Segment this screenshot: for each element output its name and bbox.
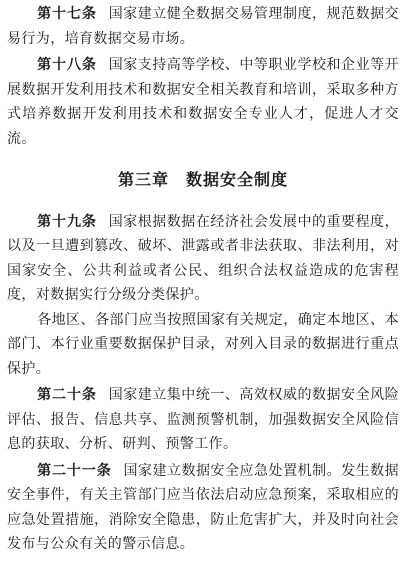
- paragraph-article-19-continuation: 各地区、各部门应当按照国家有关规定，确定本地区、本部门、本行业重要数据保护目录，…: [7, 309, 399, 383]
- paragraph-article-17: 第十七条国家建立健全数据交易管理制度，规范数据交易行为，培育数据交易市场。: [7, 1, 399, 52]
- article-19-paragraph-2-text: 各地区、各部门应当按照国家有关规定，确定本地区、本部门、本行业重要数据保护目录，…: [7, 313, 399, 377]
- article-21-number: 第二十一条: [37, 462, 112, 478]
- chapter-3-heading: 第三章 数据安全制度: [7, 169, 399, 194]
- article-17-number: 第十七条: [37, 5, 97, 21]
- article-20-number: 第二十条: [37, 386, 97, 402]
- document-page: 第十七条国家建立健全数据交易管理制度，规范数据交易行为，培育数据交易市场。 第十…: [0, 0, 406, 574]
- paragraph-article-21: 第二十一条国家建立数据安全应急处置机制。发生数据安全事件，有关主管部门应当依法启…: [7, 458, 399, 558]
- paragraph-article-19: 第十九条国家根据数据在经济社会发展中的重要程度，以及一旦遭到篡改、破坏、泄露或者…: [7, 209, 399, 309]
- article-18-number: 第十八条: [37, 56, 97, 72]
- paragraph-article-20: 第二十条国家建立集中统一、高效权威的数据安全风险评估、报告、信息共享、监测预警机…: [7, 382, 399, 458]
- paragraph-article-18: 第十八条国家支持高等学校、中等职业学校和企业等开展数据开发利用技术和数据安全相关…: [7, 52, 399, 152]
- article-19-number: 第十九条: [37, 213, 97, 229]
